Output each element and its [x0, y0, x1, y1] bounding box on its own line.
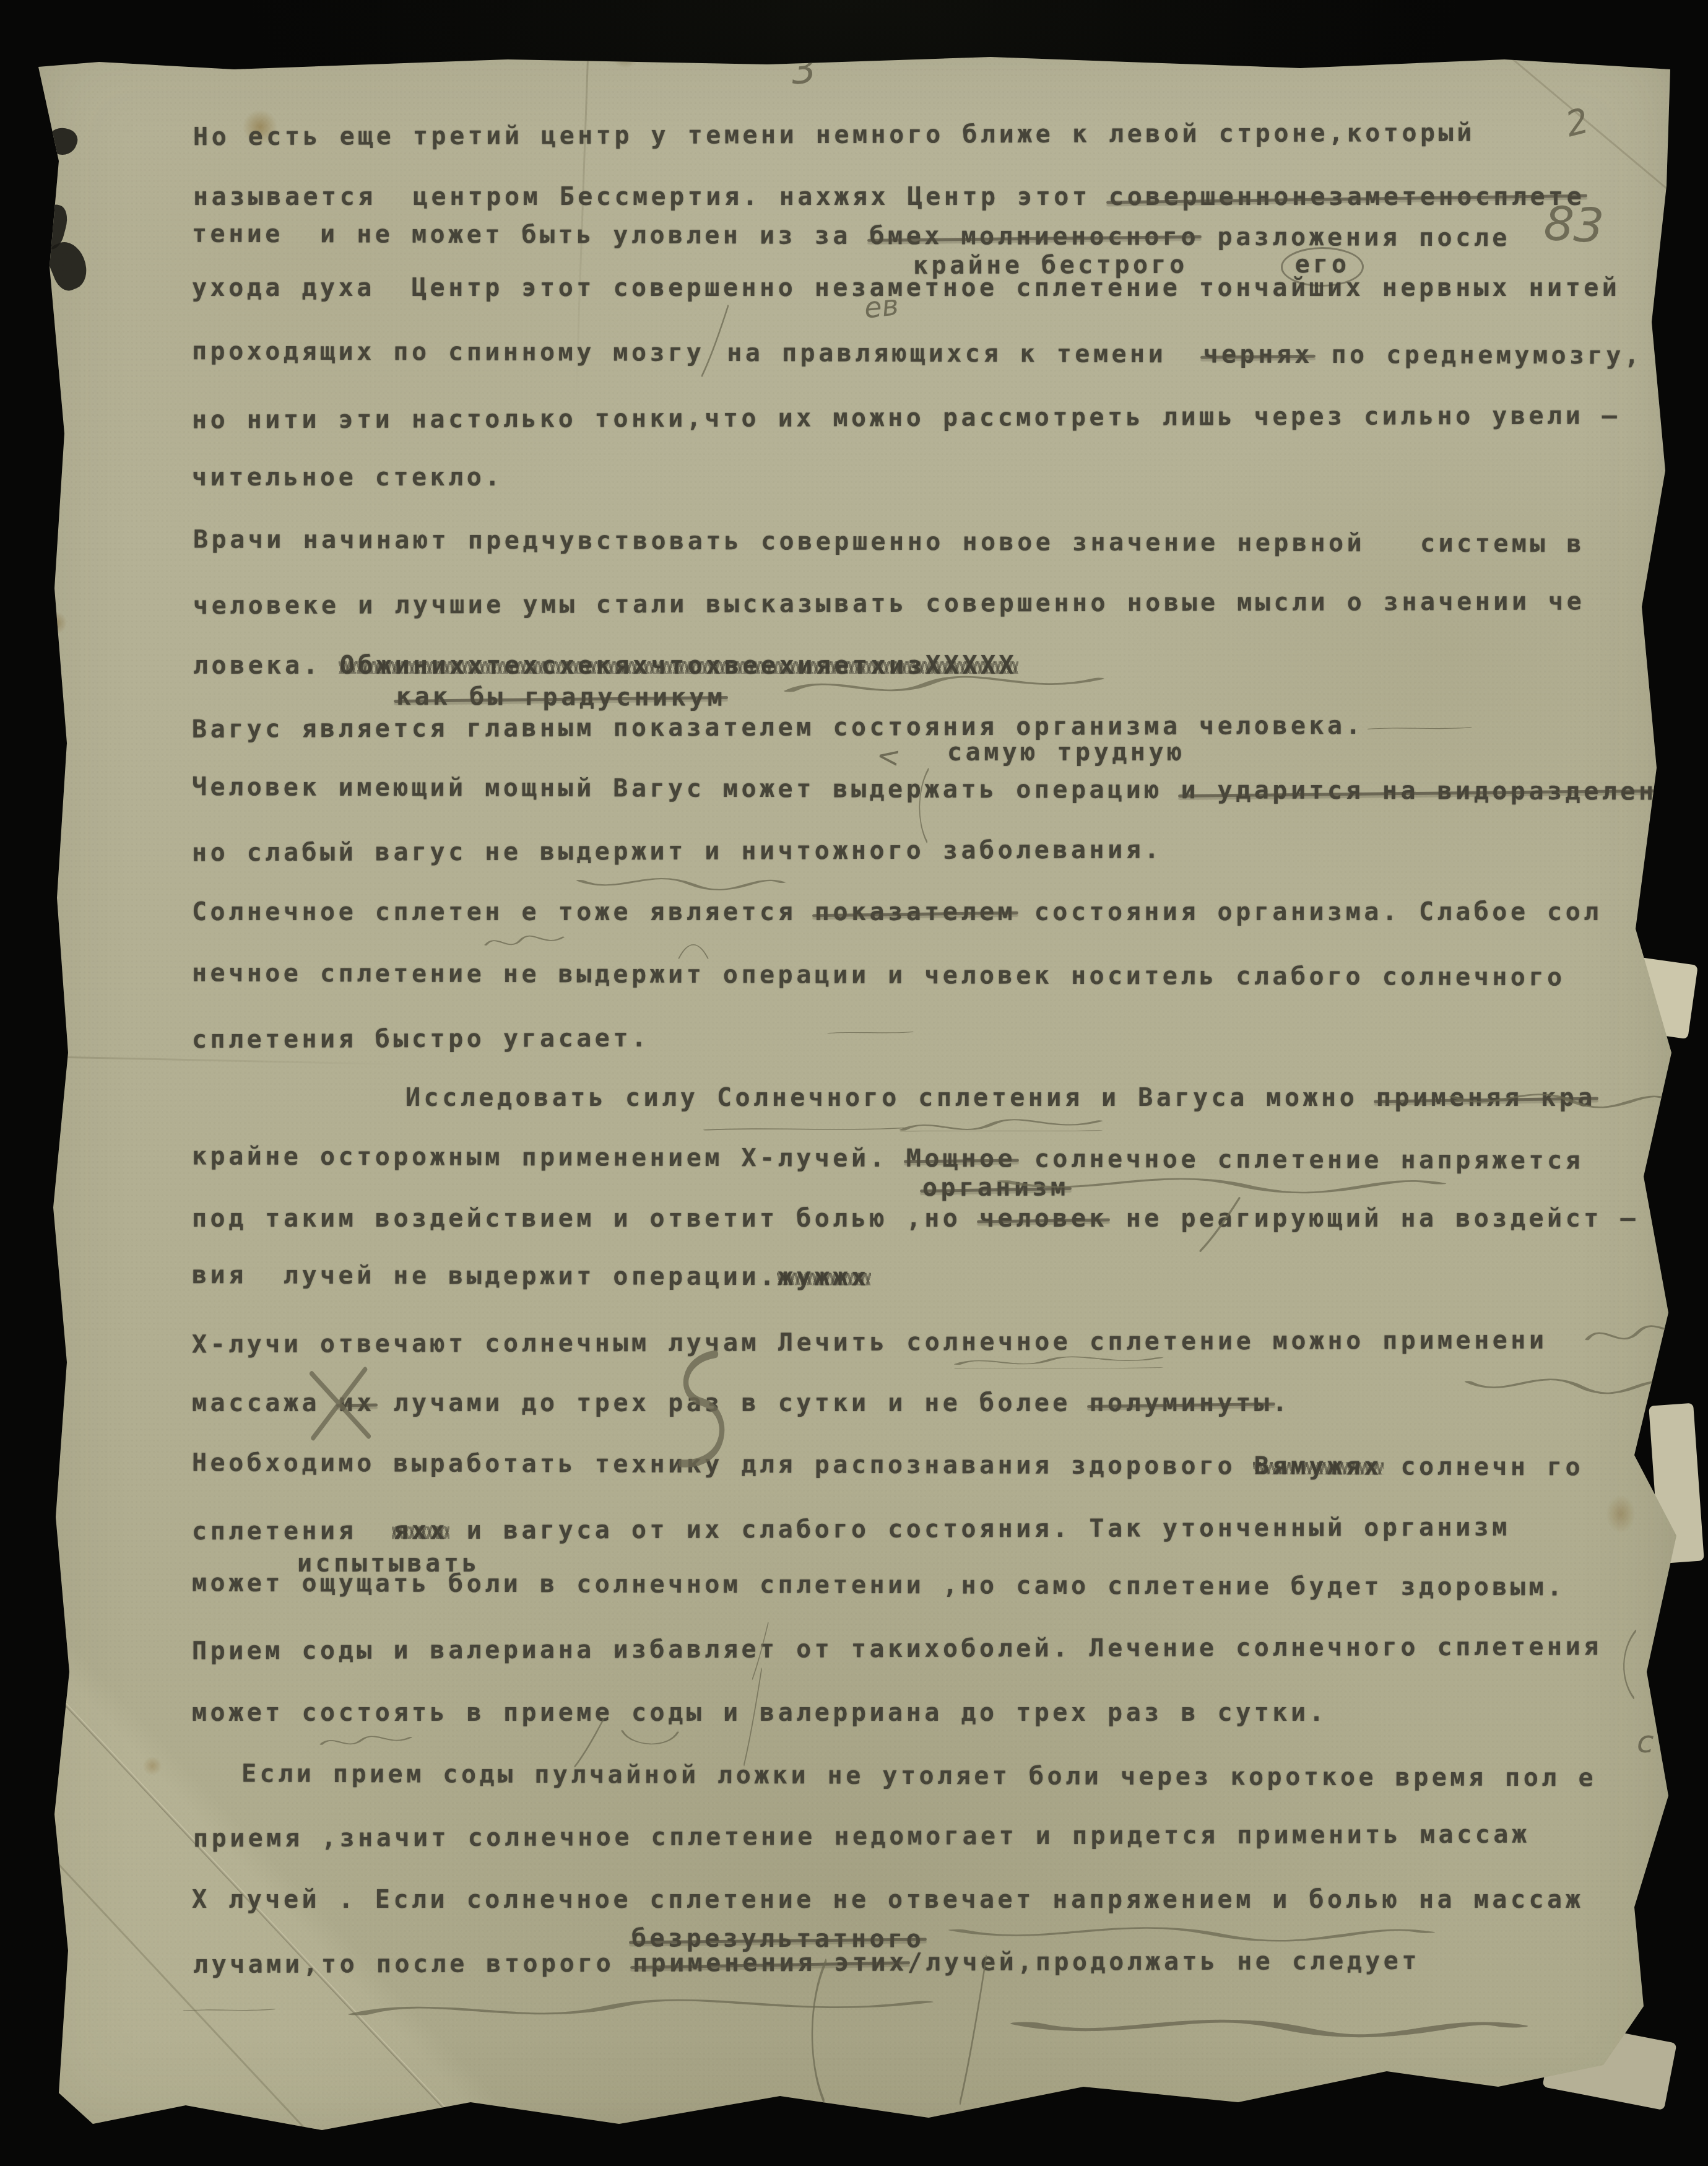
text-run: бмех молниеносного [869, 222, 1199, 251]
text-run: как бы градусникум [396, 682, 726, 712]
typed-line: под таким воздействием и ответит болью ,… [192, 1204, 1639, 1233]
text-run: нечное сплетение не выдержит операции и … [192, 959, 1566, 992]
handwritten-page-number: 3 [789, 46, 818, 94]
text-run: Х-лучи отвечают солнечным лучам [192, 1329, 760, 1359]
text-run: массажа [192, 1389, 339, 1417]
text-run: самую трудную [947, 738, 1186, 767]
typed-line: Х лучей . Если солнечное сплетение не от… [192, 1885, 1584, 1914]
handwritten-margin-mark: с [1637, 1724, 1654, 1760]
text-run: Исследовать силу Солнечного сплетения и … [405, 1084, 1376, 1112]
text-run: состояния организма. Слабое сол [1016, 898, 1602, 926]
text-run: лучами до трех раз в сутки и не более [375, 1389, 1090, 1417]
typed-line: Солнечное сплетен е тоже является показа… [192, 898, 1602, 926]
text-run: чительное стекло. [192, 463, 503, 492]
typed-line: массажа их лучами до трех раз в сутки и … [192, 1389, 1291, 1417]
text-run: может состоять в приеме соды и валерриан… [192, 1698, 1327, 1727]
handwritten-margin-mark: 83 [1543, 196, 1605, 254]
text-run: но нити эти настолько тонки,что их можно… [192, 401, 1621, 434]
typed-text-layer: Но есть еще третий центр у темени немног… [0, 0, 1708, 2166]
typed-line: сплетения быстро угасает. [192, 1024, 650, 1054]
text-run: Но есть еще третий центр у темени немног… [193, 119, 1475, 152]
text-run: по среднемумозгу, [1313, 341, 1643, 370]
typed-line: Вагус является главным показателем состо… [192, 711, 1364, 744]
text-run: Если прием соды пулчайной ложки не утоля… [241, 1760, 1597, 1793]
typed-line: ловека. Обжиниххтехсхекяхчтохвеехияетхиз… [193, 651, 1017, 680]
text-run: на правляющихся к темени [727, 339, 1203, 368]
typed-line: вия лучей не выдержит операции.жужжх [192, 1261, 870, 1291]
text-run: солнечн го [1382, 1453, 1584, 1482]
typed-line: нечное сплетение не выдержит операции и … [192, 959, 1566, 992]
text-run: тение и не может быть уловлен из за [192, 220, 870, 250]
photo-backdrop: Но есть еще третий центр у темени немног… [0, 0, 1708, 2166]
typed-line: самую трудную [947, 738, 1186, 767]
text-run: Человек имеющий мощный Вагус может выдер… [192, 773, 1181, 804]
text-run: совершеннонезаметеносплете [1109, 183, 1585, 211]
text-run: Х лучей . Если солнечное сплетение не от… [192, 1885, 1584, 1914]
text-run: Мощное [906, 1144, 1017, 1173]
text-run: Вагус является главным показателем состо… [192, 711, 1364, 744]
typed-line: но нити эти настолько тонки,что их можно… [192, 401, 1621, 434]
text-run: ОбжиниххтехсхекяхчтохвеехияетхизХХХХХ [340, 651, 1018, 680]
text-run: /лучей,продолжать не следует [908, 1947, 1420, 1977]
text-run: под таким воздействием и ответит болью ,… [192, 1204, 979, 1233]
text-run: Врачи начинают предчувствовать совершенн… [193, 525, 1585, 558]
handwritten-margin-mark: 2 [1562, 101, 1593, 146]
typed-line: Но есть еще третий центр у темени немног… [193, 119, 1475, 152]
typed-line: Человек имеющий мощный Вагус может выдер… [192, 773, 1694, 806]
text-run: сплетения быстро угасает. [192, 1024, 650, 1054]
text-run: Солнечное сплетен е тоже является [192, 898, 815, 926]
text-run: не реагирующий на воздейст — [1108, 1204, 1639, 1233]
text-run: Необходимо выработать технику для распоз… [192, 1448, 1254, 1480]
text-run: крайне осторожным применением Х-лучей. [192, 1142, 906, 1173]
text-run: полуминуты [1090, 1389, 1273, 1417]
typed-line: Прием соды и валериана избавляет от таки… [192, 1632, 1602, 1665]
text-run: Лечить солнечное сплетение можно примене… [778, 1326, 1548, 1357]
typed-line: как бы градусникум [396, 682, 726, 712]
text-run: может [192, 1569, 302, 1598]
text-run: человеке и лучшие умы стали высказывать … [193, 587, 1585, 620]
typed-line: Исследовать силу Солнечного сплетения и … [405, 1084, 1596, 1112]
text-run: лучами,то после второго [193, 1949, 633, 1979]
text-run: чернях [1203, 340, 1313, 369]
text-run: но слабый вагус не выдержит и ничтожного… [192, 836, 1163, 868]
text-run: организм [922, 1173, 1069, 1203]
text-run: боли в солнечном сплетении ,но само спле… [430, 1570, 1566, 1602]
text-run: ощущать [301, 1569, 430, 1598]
text-run: показателем [815, 898, 1016, 926]
text-run: называется центром Бессмертия. нахжях Це… [193, 183, 1109, 211]
text-run: ловека. [193, 651, 340, 680]
text-run: их [339, 1389, 375, 1417]
text-run: и вагуса от их слабого состояния. Так ут… [448, 1513, 1511, 1545]
text-run: Прием соды и валериана избавляет от таки… [192, 1632, 1602, 1665]
text-run: человек [979, 1204, 1108, 1233]
typed-line: может состоять в приеме соды и валерриан… [192, 1698, 1327, 1727]
typed-line: ухода духа Центр этот совершенно незамет… [192, 274, 1620, 302]
text-run: применяя кра [1376, 1084, 1596, 1112]
typed-line: может ощущать боли в солнечном сплетении… [192, 1569, 1566, 1602]
typed-line: человеке и лучшие умы стали высказывать … [193, 587, 1585, 620]
document-page: Но есть еще третий центр у темени немног… [0, 0, 1708, 2166]
text-run: сплетения [192, 1516, 394, 1546]
handwritten-margin-mark: < [874, 738, 903, 775]
typed-line: чительное стекло. [192, 463, 503, 492]
typed-line: приемя ,значит солнечное сплетение недом… [193, 1820, 1530, 1853]
text-run: приемя ,значит солнечное сплетение недом… [193, 1820, 1530, 1853]
typed-line: но слабый вагус не выдержит и ничтожного… [192, 836, 1163, 868]
text-run: солнечное сплетение напряжется [1016, 1145, 1584, 1175]
text-run: и ударится на видоразделении [1181, 776, 1693, 806]
typed-line: Врачи начинают предчувствовать совершенн… [193, 525, 1585, 558]
text-run: ухода духа Центр этот совершенно незамет… [192, 274, 1620, 302]
typed-line: называется центром Бессмертия. нахжях Це… [193, 183, 1585, 211]
text-run: яхх [393, 1516, 448, 1545]
text-run: вия лучей не выдержит операции. [192, 1261, 778, 1291]
typed-line: крайне осторожным применением Х-лучей. М… [192, 1142, 1584, 1175]
typed-line: проходящих по спинному мозгуна правляющи… [192, 337, 1643, 370]
text-run: проходящих по спинному мозгу [192, 337, 704, 367]
typed-line: Х-лучи отвечают солнечным лучамЛечить со… [192, 1326, 1548, 1359]
typed-line: Если прием соды пулчайной ложки не утоля… [241, 1760, 1597, 1793]
text-run: применения этих [633, 1948, 908, 1977]
typed-line: сплетения яхх и вагуса от их слабого сос… [192, 1513, 1511, 1546]
typed-line: Необходимо выработать технику для распоз… [192, 1448, 1584, 1481]
text-run: жужжх [778, 1263, 870, 1291]
typed-line: лучами,то после второго применения этих/… [193, 1947, 1420, 1979]
typed-line: организм [922, 1173, 1069, 1203]
text-run: Вямужях [1254, 1452, 1382, 1481]
handwritten-margin-mark: ев [862, 288, 900, 324]
